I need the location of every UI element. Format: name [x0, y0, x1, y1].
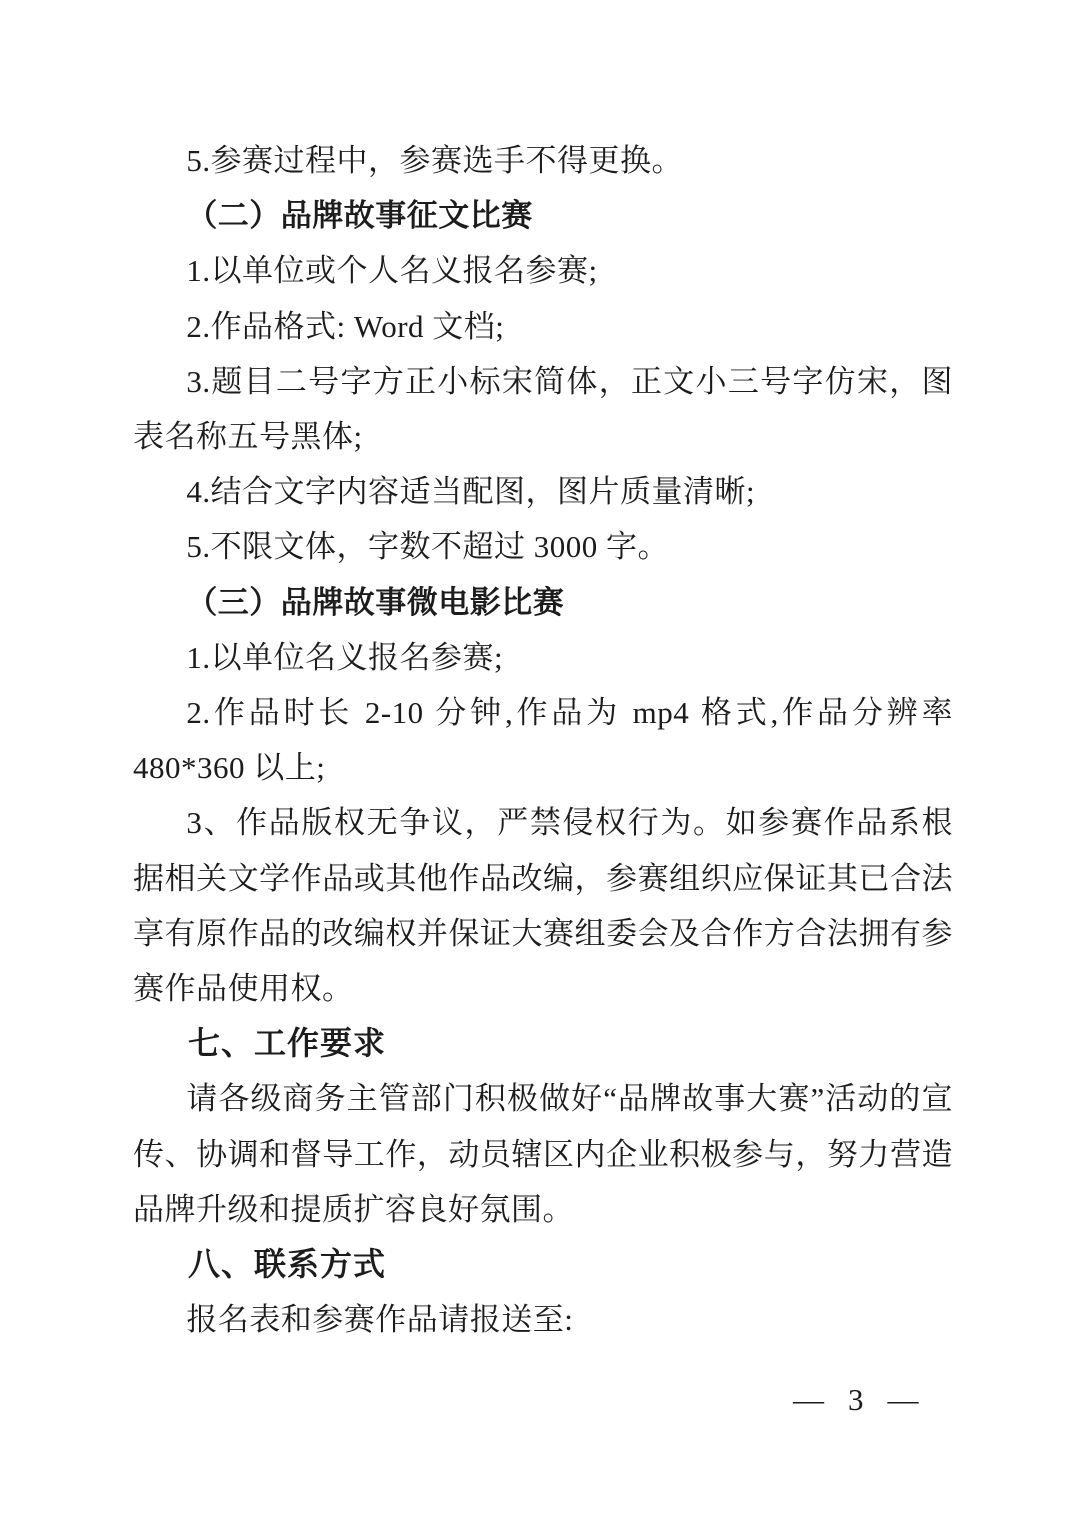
paragraph-microfilm-rule-2: 2.作品时长 2-10 分钟,作品为 mp4 格式,作品分辨率 480*360 …: [133, 685, 953, 795]
paragraph-submission-address: 报名表和参赛作品请报送至:: [133, 1292, 953, 1347]
paragraph-microfilm-rule-3: 3、作品版权无争议，严禁侵权行为。如参赛作品系根据相关文学作品或其他作品改编，参…: [133, 795, 953, 1016]
section-heading-contact: 八、联系方式: [133, 1237, 953, 1292]
paragraph-item-5-contestants: 5.参赛过程中，参赛选手不得更换。: [133, 133, 953, 188]
document-page: 5.参赛过程中，参赛选手不得更换。 （二）品牌故事征文比赛 1.以单位或个人名义…: [0, 0, 1080, 1527]
subsection-heading-essay: （二）品牌故事征文比赛: [133, 188, 953, 243]
paragraph-essay-rule-1: 1.以单位或个人名义报名参赛;: [133, 243, 953, 298]
paragraph-essay-rule-4: 4.结合文字内容适当配图，图片质量清晰;: [133, 464, 953, 519]
paragraph-essay-rule-2: 2.作品格式: Word 文档;: [133, 299, 953, 354]
page-number-value: 3: [848, 1382, 864, 1418]
page-number-dash-left: —: [793, 1382, 824, 1418]
page-number-dash-right: —: [888, 1382, 919, 1418]
section-heading-work-requirements: 七、工作要求: [133, 1016, 953, 1071]
paragraph-microfilm-rule-1: 1.以单位名义报名参赛;: [133, 630, 953, 685]
paragraph-essay-rule-3: 3.题目二号字方正小标宋简体，正文小三号字仿宋，图表名称五号黑体;: [133, 354, 953, 464]
paragraph-essay-rule-5: 5.不限文体，字数不超过 3000 字。: [133, 519, 953, 574]
document-body: 5.参赛过程中，参赛选手不得更换。 （二）品牌故事征文比赛 1.以单位或个人名义…: [133, 133, 953, 1347]
page-number: — 3 —: [793, 1382, 919, 1418]
paragraph-work-requirements: 请各级商务主管部门积极做好“品牌故事大赛”活动的宣传、协调和督导工作，动员辖区内…: [133, 1071, 953, 1237]
subsection-heading-microfilm: （三）品牌故事微电影比赛: [133, 575, 953, 630]
